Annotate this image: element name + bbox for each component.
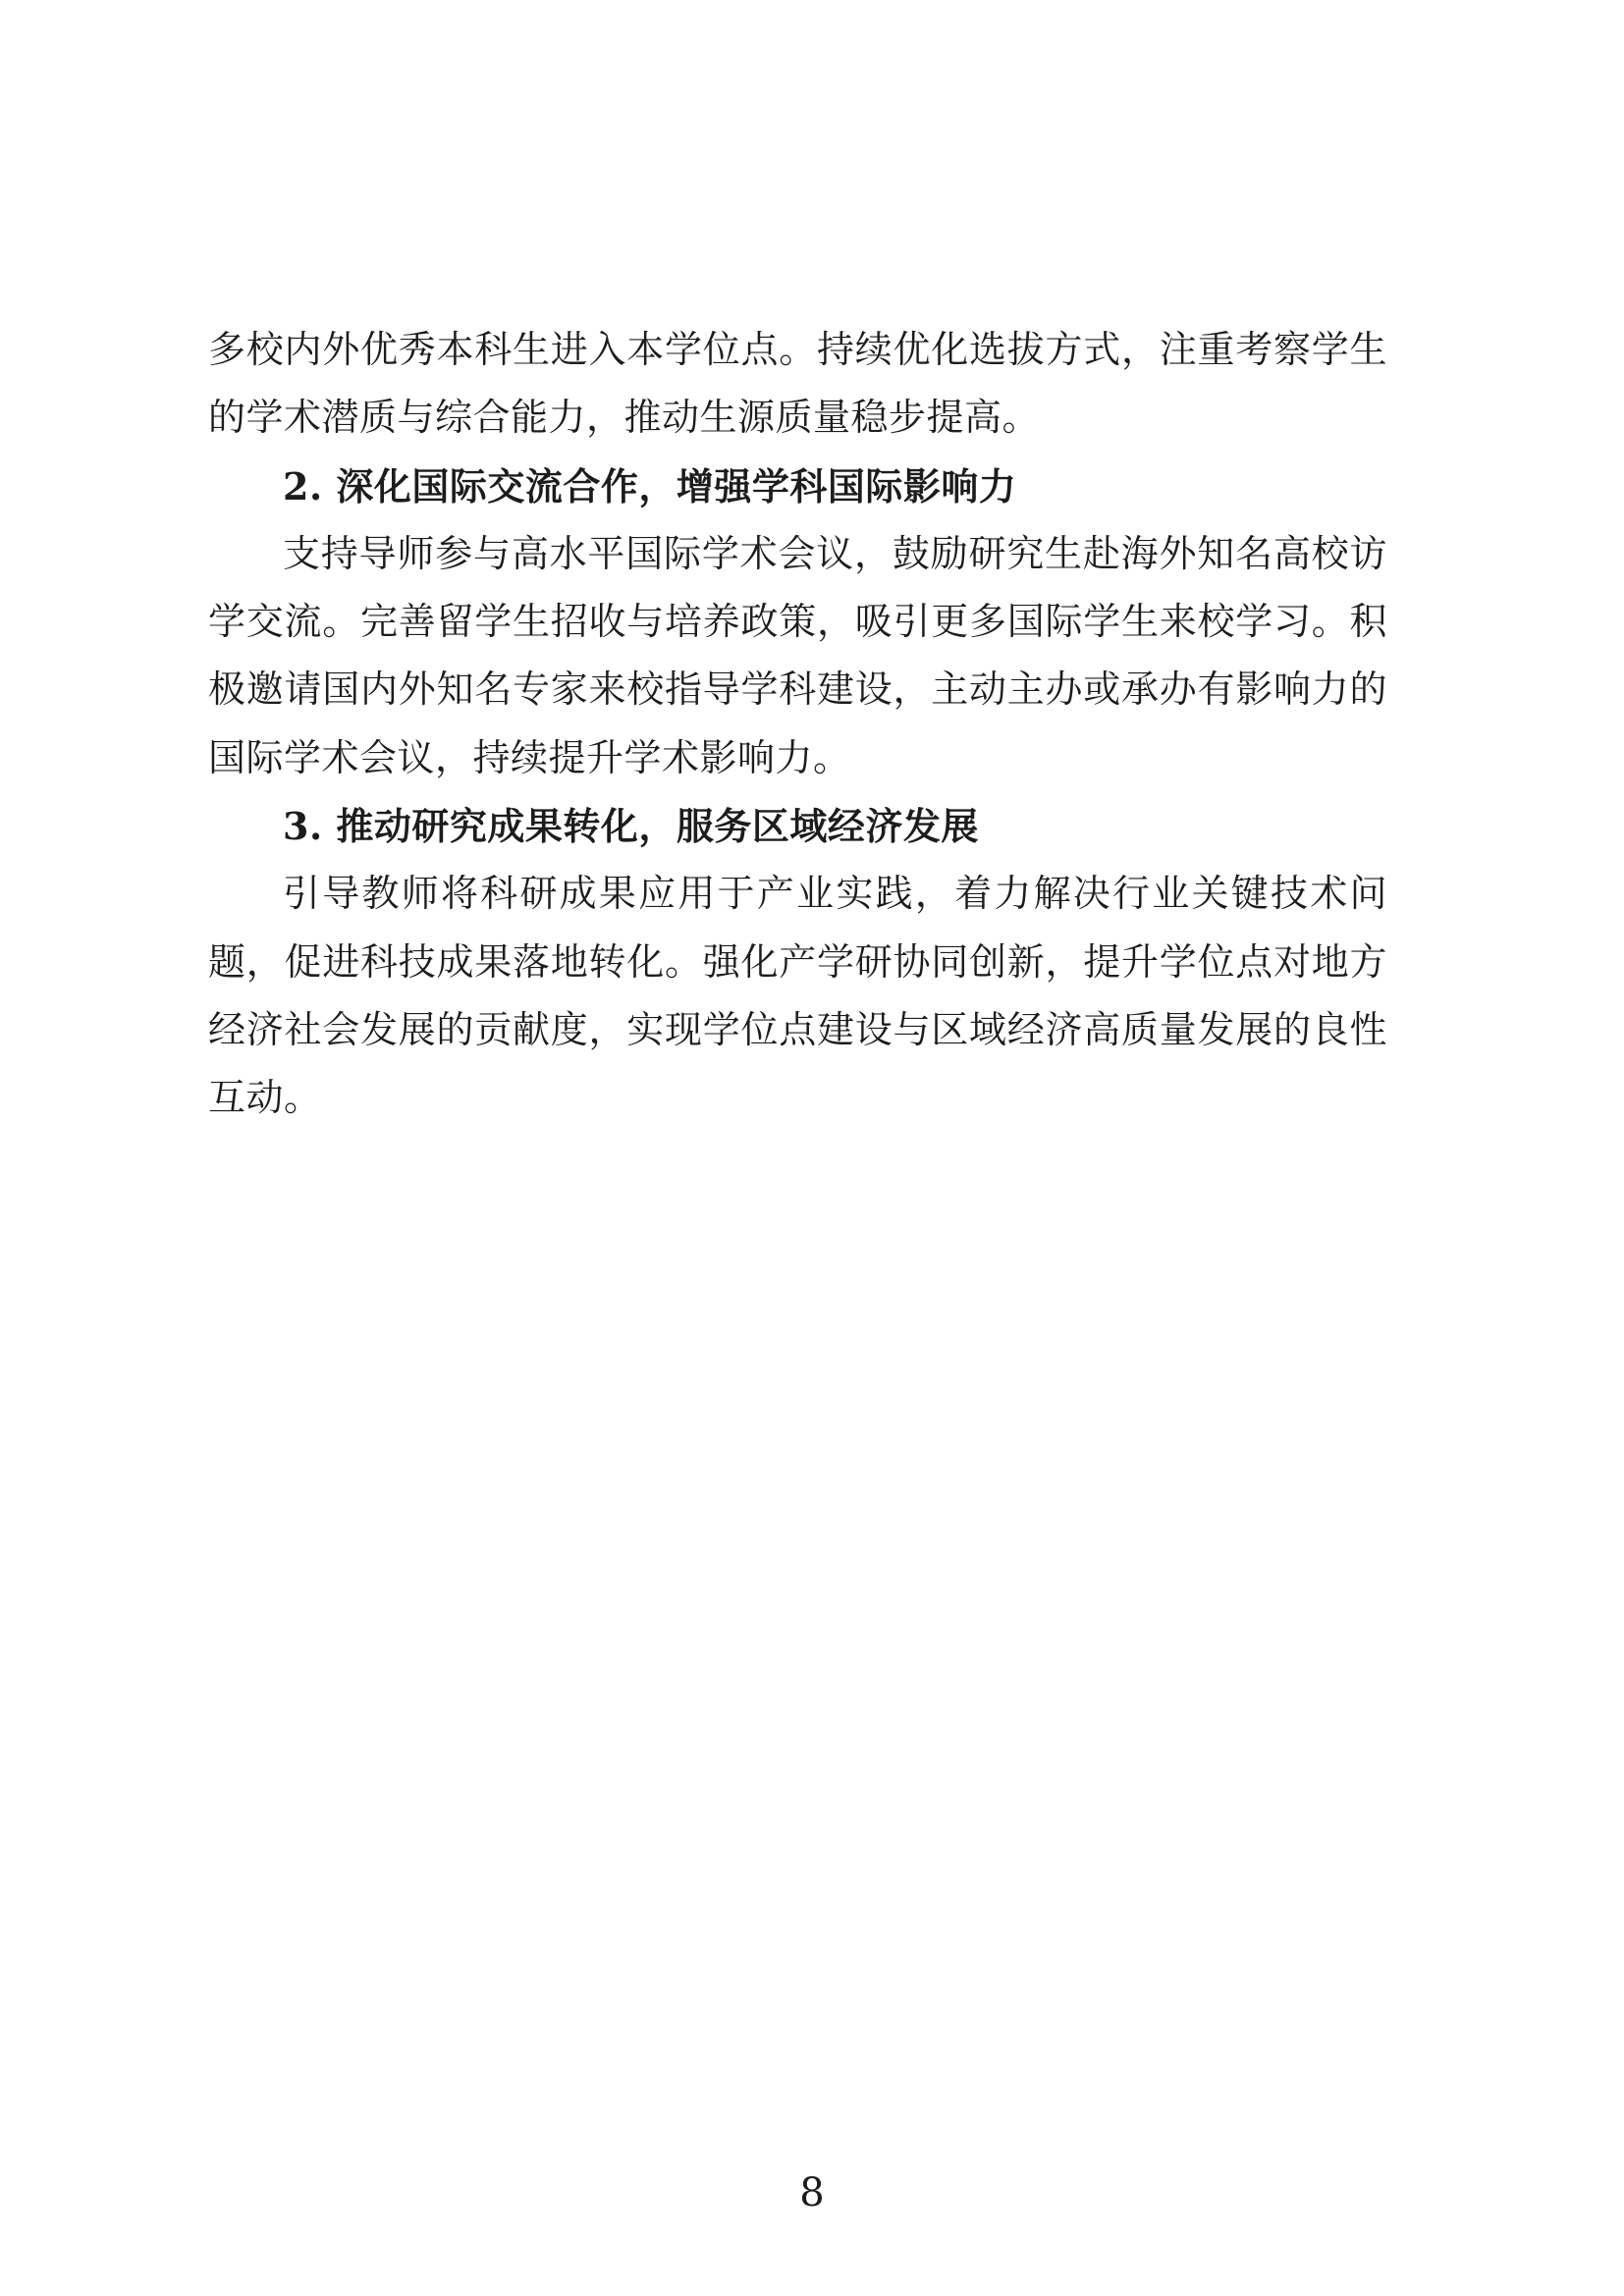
page-body-text: 多校内外优秀本科生进入本学位点。持续优化选拔方式，注重考察学生 的学术潜质与综合… (208, 316, 1387, 1133)
page-number: 8 (0, 2171, 1624, 2215)
paragraph-research-transformation: 引导教师将科研成果应用于产业实践，着力解决行业关键技术问 题，促进科技成果落地转… (208, 860, 1387, 1132)
paragraph-line: 国际学术会议，持续提升学术影响力。 (208, 724, 1387, 792)
paragraph-line: 支持导师参与高水平国际学术会议，鼓励研究生赴海外知名高校访 (208, 520, 1387, 588)
paragraph-line: 互动。 (208, 1064, 1387, 1132)
paragraph-line: 经济社会发展的贡献度，实现学位点建设与区域经济高质量发展的良性 (208, 996, 1387, 1064)
paragraph-line: 多校内外优秀本科生进入本学位点。持续优化选拔方式，注重考察学生 (208, 316, 1387, 384)
section-heading-2: 2. 深化国际交流合作，增强学科国际影响力 (208, 453, 1387, 520)
paragraph-international-exchange: 支持导师参与高水平国际学术会议，鼓励研究生赴海外知名高校访 学交流。完善留学生招… (208, 520, 1387, 792)
paragraph-line: 题，促进科技成果落地转化。强化产学研协同创新，提升学位点对地方 (208, 929, 1387, 996)
paragraph-enrollment: 多校内外优秀本科生进入本学位点。持续优化选拔方式，注重考察学生 的学术潜质与综合… (208, 316, 1387, 453)
paragraph-line: 学交流。完善留学生招收与培养政策，吸引更多国际学生来校学习。积 (208, 588, 1387, 656)
paragraph-line: 的学术潜质与综合能力，推动生源质量稳步提高。 (208, 384, 1387, 452)
document-page: 多校内外优秀本科生进入本学位点。持续优化选拔方式，注重考察学生 的学术潜质与综合… (0, 0, 1624, 2296)
paragraph-line: 引导教师将科研成果应用于产业实践，着力解决行业关键技术问 (208, 860, 1387, 928)
paragraph-line: 极邀请国内外知名专家来校指导学科建设，主动主办或承办有影响力的 (208, 656, 1387, 723)
section-heading-3: 3. 推动研究成果转化，服务区域经济发展 (208, 792, 1387, 860)
